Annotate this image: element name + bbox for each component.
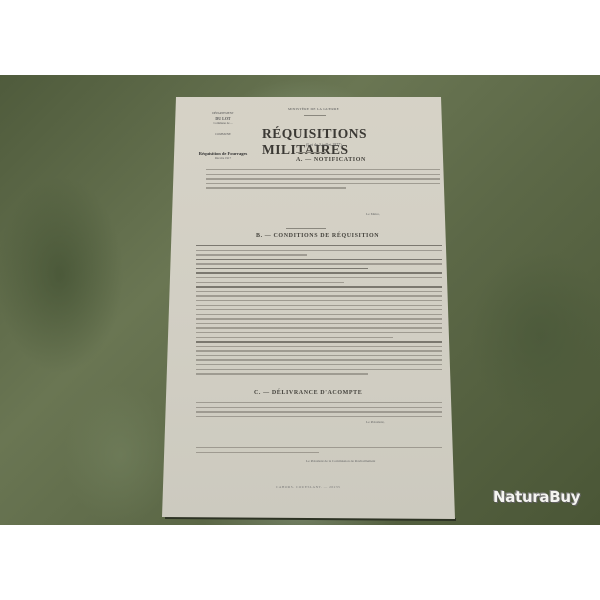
section-b-text <box>196 245 442 378</box>
president-signature: Le Président, <box>366 420 384 424</box>
mayor-signature: Le Maire, <box>366 212 380 216</box>
naturabuy-watermark: NaturaBuy <box>493 488 580 506</box>
section-c-text <box>196 402 442 420</box>
closing-text <box>196 447 442 456</box>
section-a-text <box>206 169 440 192</box>
document-subtitle: (Loi du 3 juillet 1877) <box>306 142 342 147</box>
printer-footer: CAHORS. COUESLANT. — 20235 <box>276 485 340 489</box>
commission-signature: Le Président de la Commission de Ravitai… <box>306 459 375 463</box>
divider <box>296 152 326 153</box>
ministry-label: MINISTÈRE DE LA GUERRE <box>288 107 339 111</box>
commune-line: COMMUNE <box>188 132 258 137</box>
commune-label: Commune de ... <box>188 121 258 126</box>
divider <box>304 115 326 116</box>
header-left-block: DÉPARTEMENT DU LOT Commune de ... COMMUN… <box>188 111 258 161</box>
form-subtitle: Récolte 1917 <box>188 156 258 161</box>
divider <box>286 228 326 229</box>
section-a-heading: A. — NOTIFICATION <box>296 157 366 163</box>
requisition-document: DÉPARTEMENT DU LOT Commune de ... COMMUN… <box>176 97 450 517</box>
document-title: RÉQUISITIONS MILITAIRES <box>262 126 450 158</box>
section-c-heading: C. — DÉLIVRANCE D'ACOMPTE <box>254 390 362 396</box>
section-b-heading: B. — CONDITIONS DE RÉQUISITION <box>256 233 379 239</box>
